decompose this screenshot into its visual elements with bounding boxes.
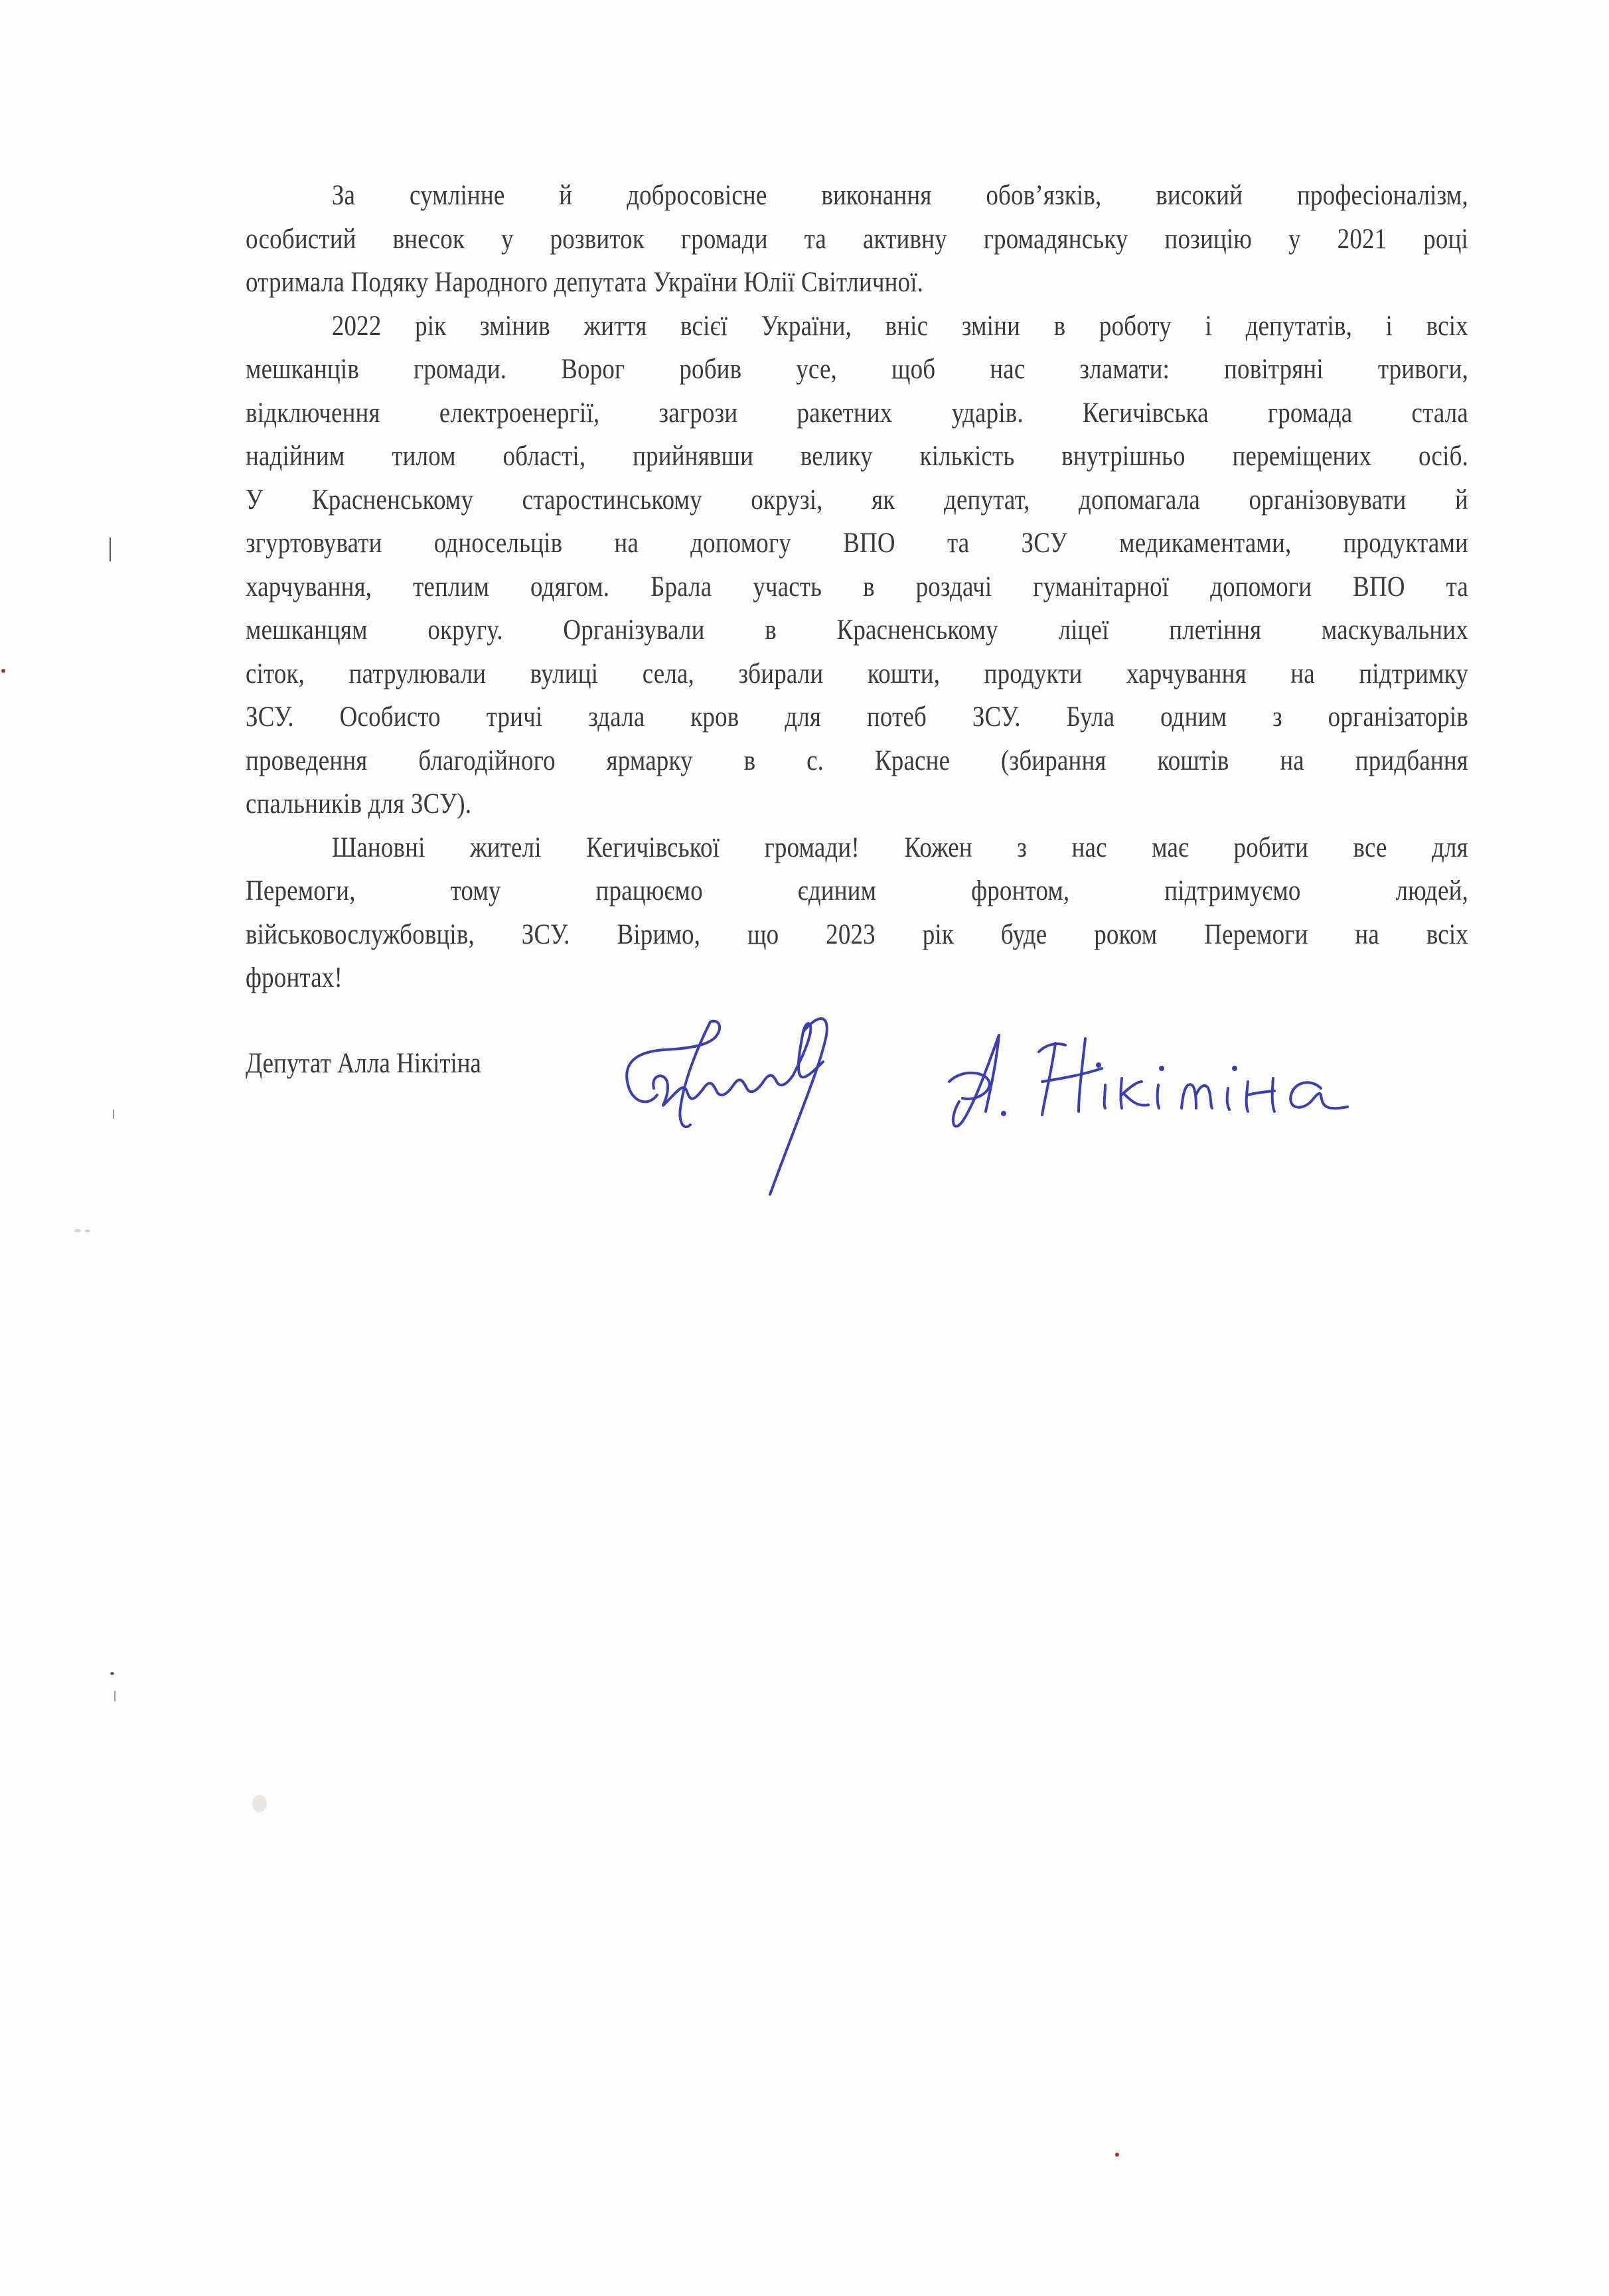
- paragraph-2022-activities: 2022 рік змінив життя всієї України, вні…: [246, 305, 1468, 826]
- deputy-name-label: Депутат Алла Нікітіна: [246, 1042, 481, 1085]
- scan-speck: [85, 1230, 90, 1232]
- document-body: За сумлінне й добросовісне виконання обо…: [246, 174, 1468, 1000]
- scan-mark: [110, 538, 111, 561]
- scan-mark: [114, 1691, 115, 1701]
- text-line: сіток, патрулювали вулиці села, збирали …: [246, 652, 1468, 696]
- text-line: 2022 рік змінив життя всієї України, вні…: [246, 305, 1468, 348]
- signature-block: Депутат Алла Нікітіна: [246, 1042, 1474, 1214]
- text-line: відключення електроенергії, загрози раке…: [246, 392, 1468, 435]
- scan-speck: [252, 1795, 267, 1812]
- text-line: згуртовувати односельців на допомогу ВПО…: [246, 522, 1468, 565]
- paragraph-award: За сумлінне й добросовісне виконання обо…: [246, 174, 1468, 305]
- text-line: Шановні жителі Кегичівської громади! Кож…: [246, 826, 1468, 870]
- text-line: особистий внесок у розвиток громади та а…: [246, 218, 1468, 261]
- text-line: Перемоги, тому працюємо єдиним фронтом, …: [246, 869, 1468, 913]
- text-line: надійним тилом області, прийнявши велику…: [246, 435, 1468, 478]
- text-line: мешканців громади. Ворог робив усе, щоб …: [246, 348, 1468, 392]
- handwritten-name-icon: [923, 1029, 1427, 1161]
- text-line: проведення благодійного ярмарку в с. Кра…: [246, 739, 1468, 783]
- scan-speck: [1115, 2153, 1119, 2157]
- paragraph-appeal: Шановні жителі Кегичівської громади! Кож…: [246, 826, 1468, 1000]
- text-line: отримала Подяку Народного депутата Украї…: [246, 261, 1468, 305]
- scan-mark: [113, 1110, 114, 1119]
- text-line: ЗСУ. Особисто тричі здала кров для потеб…: [246, 695, 1468, 739]
- text-line: спальників для ЗСУ).: [246, 782, 1468, 826]
- text-line: харчування, теплим одягом. Брала участь …: [246, 565, 1468, 609]
- text-line: мешканцям округу. Організували в Краснен…: [246, 609, 1468, 652]
- text-line: фронтах!: [246, 956, 1468, 1000]
- scanned-document-page: За сумлінне й добросовісне виконання обо…: [0, 0, 1609, 2296]
- text-line: У Красненському старостинському окрузі, …: [246, 478, 1468, 522]
- text-line: військовослужбовців, ЗСУ. Віримо, що 202…: [246, 913, 1468, 957]
- signature-icon: [617, 1009, 896, 1208]
- scan-speck: [110, 1672, 114, 1675]
- text-line: За сумлінне й добросовісне виконання обо…: [246, 174, 1468, 218]
- scan-speck: [1, 669, 5, 673]
- scan-speck: [74, 1229, 81, 1232]
